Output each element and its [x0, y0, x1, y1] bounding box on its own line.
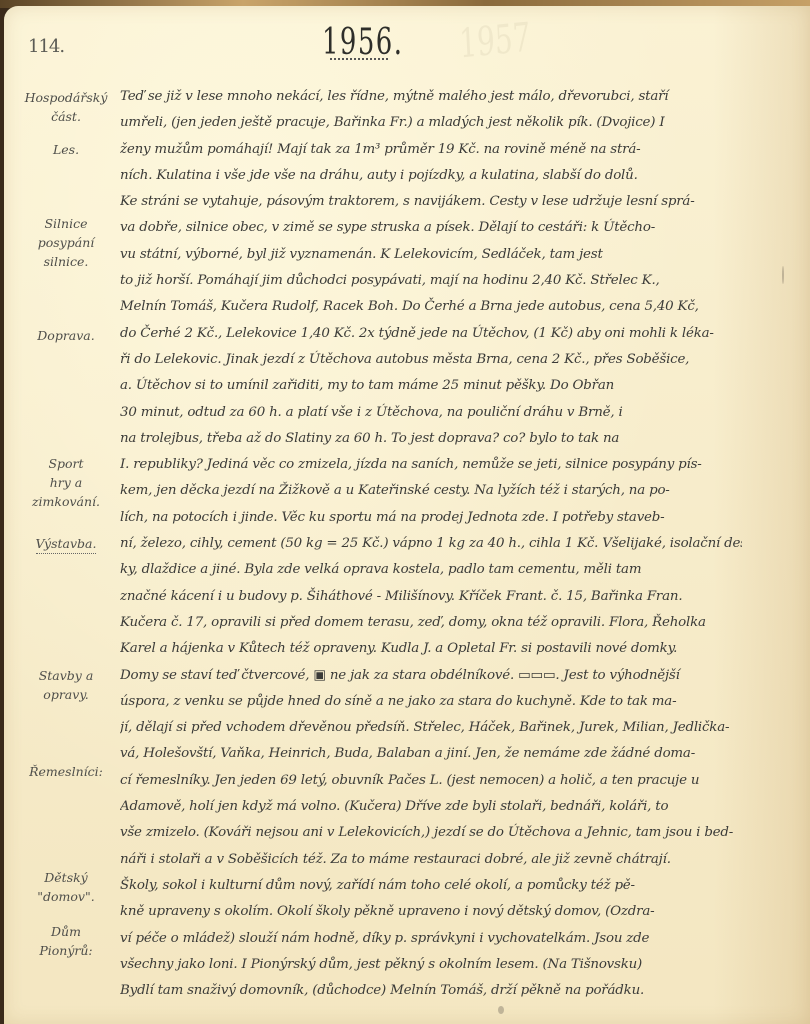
body-line: ví péče o mládež) slouží nám hodně, díky…	[120, 926, 742, 952]
body-line: všechny jako loni. I Pionýrský dům, jest…	[120, 952, 742, 978]
body-line: jí, dělají si před vchodem dřevěnou před…	[120, 715, 742, 741]
bleed-through-year: 1957	[458, 15, 531, 68]
paper-speck	[498, 1006, 504, 1014]
body-line: ní, železo, cihly, cement (50 kg = 25 Kč…	[120, 531, 742, 557]
margin-label-detsky-domov: Dětský "domov".	[18, 868, 114, 906]
body-line: lích, na potocích i jinde. Věc ku sportu…	[120, 505, 742, 531]
page-year-heading: 1956.	[322, 22, 403, 63]
margin-label-sport: Sport hry a zimkování.	[18, 454, 114, 511]
body-line: kně upraveny s okolím. Okolí školy pěkně…	[120, 899, 742, 925]
body-line: to již horší. Pomáhají jim důchodci posy…	[120, 268, 742, 294]
chronicle-body: Teď se již v lese mnoho nekácí, les řídn…	[120, 84, 742, 1004]
body-line: I. republiky? Jediná věc co zmizela, jíz…	[120, 452, 742, 478]
body-line: a. Útěchov si to umínil zařiditi, my to …	[120, 373, 742, 399]
body-line: Bydlí tam snaživý domovník, (důchodce) M…	[120, 978, 742, 1004]
margin-label-vystavba: Výstavba.	[18, 534, 114, 554]
body-line: va dobře, silnice obec, v zimě se sype s…	[120, 215, 742, 241]
paper-mark	[782, 266, 784, 284]
body-line: na trolejbus, třeba až do Slatiny za 60 …	[120, 426, 742, 452]
body-line: náři i stolaři a v Soběšicích též. Za to…	[120, 847, 742, 873]
body-line: Karel a hájenka v Kůtech též opraveny. K…	[120, 636, 742, 662]
margin-label-hospodarstvi: Hospodářský část.	[18, 88, 114, 126]
body-line: vu státní, výborné, byl již vyznamenán. …	[120, 242, 742, 268]
body-line: vše zmizelo. (Kováři nejsou ani v Leleko…	[120, 820, 742, 846]
page-number: 114.	[28, 36, 64, 57]
body-line: Teď se již v lese mnoho nekácí, les řídn…	[120, 84, 742, 110]
body-line: Kučera č. 17, opravili si před domem ter…	[120, 610, 742, 636]
body-line: ženy mužům pomáhají! Mají tak za 1m³ prů…	[120, 137, 742, 163]
margin-label-silnice: Silnice posypání silnice.	[18, 214, 114, 271]
margin-label-doprava: Doprava.	[18, 326, 114, 345]
body-line: do Čerhé 2 Kč., Lelekovice 1,40 Kč. 2x t…	[120, 321, 742, 347]
body-line: 30 minut, odtud za 60 h. a platí vše i z…	[120, 400, 742, 426]
body-line: Domy se staví teď čtvercové, ▣ ne jak za…	[120, 663, 742, 689]
margin-label-stavby: Stavby a opravy.	[18, 666, 114, 704]
body-line: ky, dlaždice a jiné. Byla zde velká opra…	[120, 557, 742, 583]
body-line: Melnín Tomáš, Kučera Rudolf, Racek Boh. …	[120, 294, 742, 320]
body-line: umřeli, (jen jeden ještě pracuje, Bařink…	[120, 110, 742, 136]
margin-label-dum-pionyru: Dům Pionýrů:	[18, 922, 114, 960]
body-line: Adamově, holí jen když má volno. (Kučera…	[120, 794, 742, 820]
body-line: značné kácení i u budovy p. Šiháthové - …	[120, 584, 742, 610]
body-line: Školy, sokol i kulturní dům nový, zařídí…	[120, 873, 742, 899]
body-line: kem, jen děcka jezdí na Žižkově a u Kate…	[120, 478, 742, 504]
body-line: Ke stráni se vytahuje, pásovým traktorem…	[120, 189, 742, 215]
body-line: cí řemeslníky. Jen jeden 69 letý, obuvní…	[120, 768, 742, 794]
body-line: úspora, z venku se půjde hned do síně a …	[120, 689, 742, 715]
body-line: vá, Holešovští, Vaňka, Heinrich, Buda, B…	[120, 741, 742, 767]
margin-label-remeslnici: Řemeslníci:	[18, 762, 114, 781]
year-dotted-underline	[330, 58, 388, 60]
body-line: ři do Lelekovic. Jinak jezdí z Útěchova …	[120, 347, 742, 373]
margin-label-les: Les.	[18, 140, 114, 159]
body-line: ních. Kulatina i vše jde vše na dráhu, a…	[120, 163, 742, 189]
chronicle-page: 114. 1956. 1957 Hospodářský část. Les. S…	[4, 6, 810, 1024]
